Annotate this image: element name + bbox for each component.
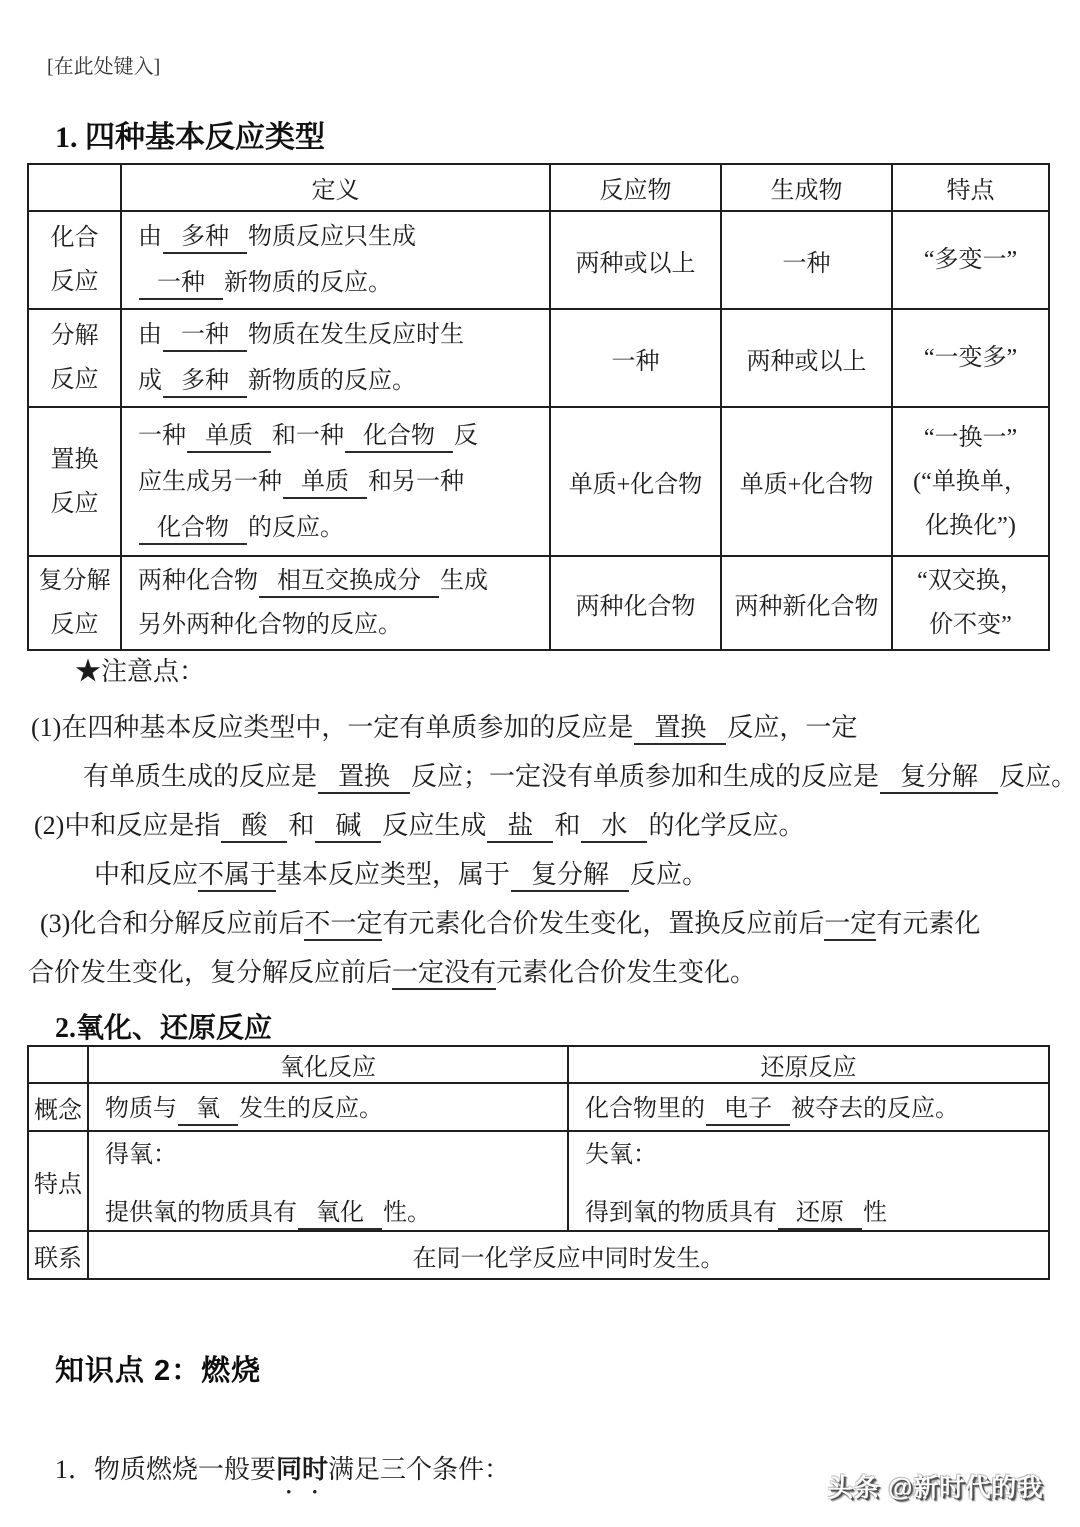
row-label-double-decomposition: 复分解反应 [28, 556, 121, 650]
note-line-1b: 有单质生成的反应是置换反应；一定没有单质参加和生成的反应是复分解反应。 [28, 752, 1078, 801]
table1-header-products: 生成物 [721, 164, 892, 211]
text-line: 成多种新物质的反应。 [138, 358, 543, 404]
table1-header-feature: 特点 [892, 164, 1049, 211]
fill-in-blank: 多种 [163, 222, 247, 254]
text-run: 一种 [138, 423, 186, 449]
fill-in-blank: 复分解 [880, 762, 998, 794]
reactants-cell: 两种化合物 [550, 556, 721, 650]
section-2-heading: 2.氧化、还原反应 [55, 1006, 272, 1046]
concept-reduction-cell: 化合物里的电子被夺去的反应。 [568, 1083, 1049, 1131]
fill-in-blank: 化合物 [139, 513, 247, 545]
notes-title: ★注意点： [28, 655, 1078, 689]
text-run: 物质与 [105, 1096, 177, 1122]
table2-header-row: 氧化反应 还原反应 [28, 1046, 1049, 1083]
table2-row-relation: 联系 在同一化学反应中同时发生。 [28, 1231, 1049, 1279]
text-run: 反应。 [630, 860, 708, 889]
text-line: 一种新物质的反应。 [138, 260, 543, 306]
text-run: 一定 [824, 909, 876, 941]
reactants-cell: 两种或以上 [550, 211, 721, 309]
fill-in-blank: 水 [581, 811, 647, 843]
text-run: 满足三个条件： [328, 1455, 510, 1484]
table-row-double-decomposition: 复分解反应 两种化合物相互交换成分生成另外两种化合物的反应。 两种化合物 两种新… [28, 556, 1049, 650]
note-line-1a: (1)在四种基本反应类型中，一定有单质参加的反应是置换反应，一定 [28, 703, 1078, 752]
row-label-displacement: 置换反应 [28, 407, 121, 556]
relation-cell: 在同一化学反应中同时发生。 [88, 1231, 1049, 1279]
table1-header-row: 定义 反应物 生成物 特点 [28, 164, 1049, 211]
text-line: 两种化合物相互交换成分生成 [138, 559, 543, 603]
definition-cell: 一种单质和一种化合物反应生成另一种单质和另一种化合物的反应。 [121, 407, 550, 556]
fill-in-blank: 复分解 [511, 860, 629, 892]
text-run: 反应，一定 [727, 713, 857, 742]
feature-cell: “一换一”(“单换单，化换化”) [892, 407, 1049, 556]
text-run: 1．物质燃烧一般要 [55, 1455, 276, 1484]
products-cell: 一种 [721, 211, 892, 309]
text-run: 基本反应类型，属于 [276, 860, 510, 889]
text-run: 新物质的反应。 [224, 270, 392, 296]
fill-in-blank: 酸 [221, 811, 287, 843]
oxidizing-property-line: 提供氧的物质具有氧化性。 [105, 1198, 557, 1230]
text-line: 复分解 [29, 559, 120, 603]
text-run: 生成 [440, 568, 488, 594]
products-cell: 两种或以上 [721, 309, 892, 407]
type-here-placeholder[interactable]: [在此处键入] [47, 50, 160, 79]
note-line-2a: (2)中和反应是指酸和碱反应生成盐和水的化学反应。 [28, 801, 1078, 850]
table2-header-oxidation: 氧化反应 [88, 1046, 568, 1083]
text-run: 反应；一定没有单质参加和生成的反应是 [411, 762, 879, 791]
text-line: 化合 [29, 216, 120, 260]
text-run: 两种化合物 [138, 568, 258, 594]
text-run: 得到氧的物质具有 [585, 1200, 777, 1226]
text-line: “多变一” [893, 238, 1048, 282]
fill-in-blank: 化合物 [345, 421, 453, 453]
feature-cell: “双交换，价不变” [892, 556, 1049, 650]
text-line: “一变多” [893, 336, 1048, 380]
table2-corner-cell [28, 1046, 88, 1083]
text-run: 应生成另一种 [138, 469, 282, 495]
table2-row-concept: 概念 物质与氧发生的反应。 化合物里的电子被夺去的反应。 [28, 1083, 1049, 1131]
text-line: 由多种物质反应只生成 [138, 214, 543, 260]
table-row-displacement: 置换反应 一种单质和一种化合物反应生成另一种单质和另一种化合物的反应。 单质+化… [28, 407, 1049, 556]
text-run: (1)在四种基本反应类型中，一定有单质参加的反应是 [31, 713, 633, 742]
text-line: 化合物的反应。 [138, 505, 543, 551]
text-run: 有元素化 [876, 909, 980, 938]
text-line: 应生成另一种单质和另一种 [138, 459, 543, 505]
text-run: 被夺去的反应。 [791, 1096, 959, 1122]
table2-header-reduction: 还原反应 [568, 1046, 1049, 1083]
gain-oxygen-label: 得氧： [105, 1132, 557, 1170]
text-line: 另外两种化合物的反应。 [138, 603, 543, 647]
fill-in-blank: 一种 [163, 320, 247, 352]
reaction-types-table: 定义 反应物 生成物 特点 化合反应 由多种物质反应只生成一种新物质的反应。 两… [27, 163, 1050, 651]
text-line: 价不变” [893, 603, 1048, 647]
text-run: 反应生成 [382, 811, 486, 840]
knowledge-point-heading: 知识点 2：燃烧 [55, 1348, 261, 1389]
table1-header-definition: 定义 [121, 164, 550, 211]
text-run: 有元素化合价发生变化，置换反应前后 [382, 909, 824, 938]
table1-corner-cell [28, 164, 121, 211]
row-label-relation: 联系 [28, 1231, 88, 1279]
definition-cell: 两种化合物相互交换成分生成另外两种化合物的反应。 [121, 556, 550, 650]
fill-in-blank: 还原 [778, 1198, 862, 1230]
row-label-combination: 化合反应 [28, 211, 121, 309]
text-run: 和一种 [272, 423, 344, 449]
fill-in-blank: 多种 [163, 366, 247, 398]
text-run: 由 [138, 322, 162, 348]
text-run: 提供氧的物质具有 [105, 1200, 297, 1226]
text-line: 置换 [29, 438, 120, 482]
text-line: 反应 [29, 358, 120, 402]
text-line: 分解 [29, 314, 120, 358]
row-label-decomposition: 分解反应 [28, 309, 121, 407]
text-line: 反应 [29, 482, 120, 526]
text-line: (“单换单， [893, 460, 1048, 504]
feature-reduction-cell: 失氧： 得到氧的物质具有还原性 [568, 1131, 1049, 1231]
products-cell: 两种新化合物 [721, 556, 892, 650]
text-line: 由一种物质在发生反应时生 [138, 312, 543, 358]
text-line: 反应 [29, 260, 120, 304]
burning-conditions-line: 1．物质燃烧一般要同时满足三个条件： [55, 1452, 510, 1499]
fill-in-blank: 一种 [139, 268, 223, 300]
text-run: 和 [288, 811, 314, 840]
text-run: (3)化合和分解反应前后 [40, 909, 304, 938]
definition-cell: 由多种物质反应只生成一种新物质的反应。 [121, 211, 550, 309]
text-run: 另外两种化合物的反应。 [138, 612, 402, 638]
text-run: 同时 [276, 1455, 328, 1484]
fill-in-blank: 置换 [634, 713, 726, 745]
concept-oxidation-cell: 物质与氧发生的反应。 [88, 1083, 568, 1131]
redox-table: 氧化反应 还原反应 概念 物质与氧发生的反应。 化合物里的电子被夺去的反应。 特… [27, 1045, 1050, 1280]
text-run: 有单质生成的反应是 [83, 762, 317, 791]
feature-cell: “一变多” [892, 309, 1049, 407]
fill-in-blank: 相互交换成分 [259, 566, 439, 598]
fill-in-blank: 电子 [706, 1094, 790, 1126]
feature-cell: “多变一” [892, 211, 1049, 309]
text-run: 和 [554, 811, 580, 840]
lose-oxygen-label: 失氧： [585, 1132, 1038, 1170]
text-run: 的反应。 [248, 515, 344, 541]
text-run: 合价发生变化，复分解反应前后 [28, 958, 392, 987]
fill-in-blank: 氧 [178, 1094, 238, 1126]
reactants-cell: 单质+化合物 [550, 407, 721, 556]
text-run: 不属于 [198, 860, 276, 892]
text-run: (2)中和反应是指 [34, 811, 220, 840]
text-run: 物质反应只生成 [248, 224, 416, 250]
text-run: 性。 [383, 1200, 431, 1226]
products-cell: 单质+化合物 [721, 407, 892, 556]
table1-header-reactants: 反应物 [550, 164, 721, 211]
text-run: 的化学反应。 [648, 811, 804, 840]
section-1-heading: 1. 四种基本反应类型 [55, 112, 325, 156]
notes-section: ★注意点： (1)在四种基本反应类型中，一定有单质参加的反应是置换反应，一定 有… [28, 655, 1078, 997]
text-run: 新物质的反应。 [248, 368, 416, 394]
text-run: 性 [863, 1200, 887, 1226]
text-line: 化换化”) [893, 504, 1048, 548]
text-run: 由 [138, 224, 162, 250]
text-run: 不一定 [304, 909, 382, 941]
fill-in-blank: 单质 [283, 467, 367, 499]
text-run: 发生的反应。 [239, 1096, 383, 1122]
fill-in-blank: 氧化 [298, 1198, 382, 1230]
toutiao-watermark: 头条 @新时代的我 [828, 1468, 1043, 1504]
table-row-decomposition: 分解反应 由一种物质在发生反应时生成多种新物质的反应。 一种 两种或以上 “一变… [28, 309, 1049, 407]
fill-in-blank: 置换 [318, 762, 410, 794]
text-run: 一定没有 [392, 958, 496, 990]
note-line-2b: 中和反应不属于基本反应类型，属于复分解反应。 [28, 850, 1078, 899]
table-row-combination: 化合反应 由多种物质反应只生成一种新物质的反应。 两种或以上 一种 “多变一” [28, 211, 1049, 309]
reactants-cell: 一种 [550, 309, 721, 407]
text-line: 一种单质和一种化合物反 [138, 413, 543, 459]
text-line: 反应 [29, 603, 120, 647]
fill-in-blank: 单质 [187, 421, 271, 453]
fill-in-blank: 碱 [315, 811, 381, 843]
reducing-property-line: 得到氧的物质具有还原性 [585, 1198, 1038, 1230]
feature-oxidation-cell: 得氧： 提供氧的物质具有氧化性。 [88, 1131, 568, 1231]
fill-in-blank: 盐 [487, 811, 553, 843]
text-run: 元素化合价发生变化。 [496, 958, 756, 987]
row-label-concept: 概念 [28, 1083, 88, 1131]
note-line-3a: (3)化合和分解反应前后不一定有元素化合价发生变化，置换反应前后一定有元素化 [28, 899, 1078, 948]
text-run: 物质在发生反应时生 [248, 322, 464, 348]
text-run: 和另一种 [368, 469, 464, 495]
text-line: “双交换， [893, 559, 1048, 603]
table2-row-feature: 特点 得氧： 提供氧的物质具有氧化性。 失氧： 得到氧的物质具有还原性 [28, 1131, 1049, 1231]
definition-cell: 由一种物质在发生反应时生成多种新物质的反应。 [121, 309, 550, 407]
text-run: 反 [454, 423, 478, 449]
text-line: “一换一” [893, 416, 1048, 460]
text-run: 中和反应 [94, 860, 198, 889]
text-run: 化合物里的 [585, 1096, 705, 1122]
text-run: 反应。 [999, 762, 1077, 791]
row-label-feature: 特点 [28, 1131, 88, 1231]
text-run: 成 [138, 368, 162, 394]
note-line-3b: 合价发生变化，复分解反应前后一定没有元素化合价发生变化。 [28, 948, 1078, 997]
